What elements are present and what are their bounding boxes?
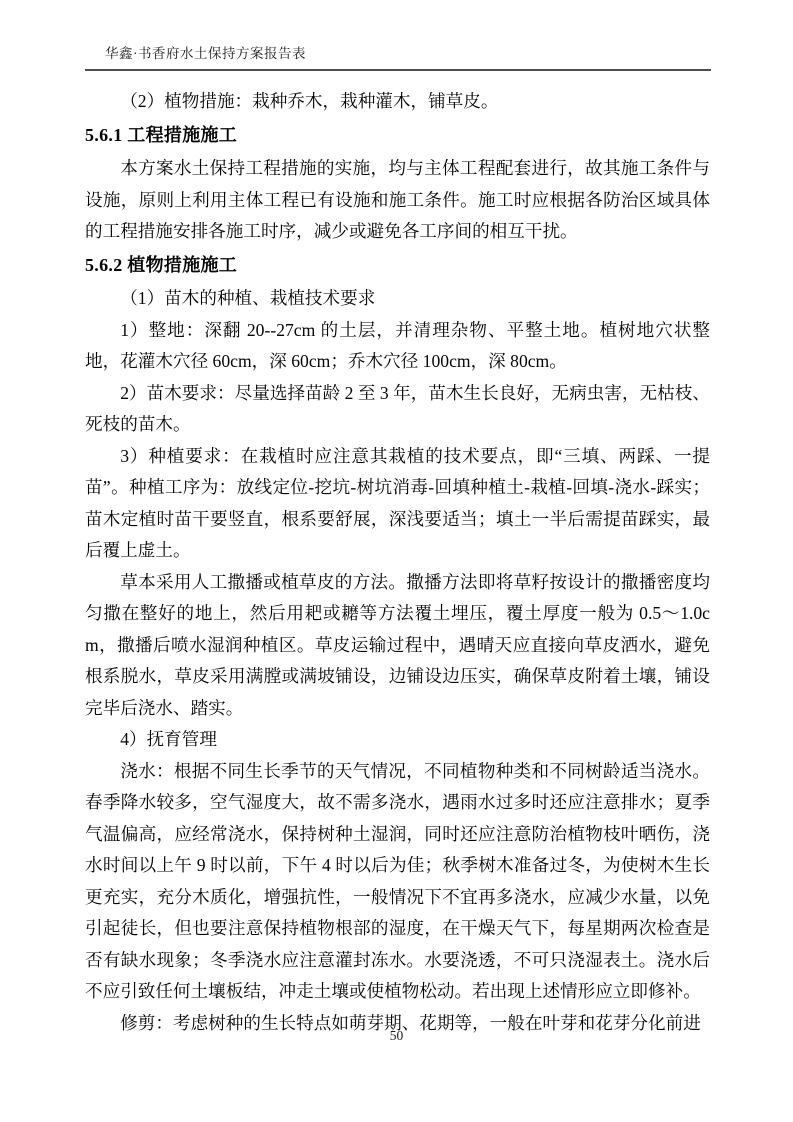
para-grass-sowing: 草本采用人工撒播或植草皮的方法。撒播方法即将草籽按设计的撒播密度均匀撒在整好的地… xyxy=(85,567,710,725)
para-watering: 浇水：根据不同生长季节的天气情况，不同植物种类和不同树龄适当浇水。春季降水较多，… xyxy=(85,756,710,1008)
document-page: 华鑫·书香府水土保持方案报告表 （2）植物措施：栽种乔木，栽种灌木，铺草皮。5.… xyxy=(0,0,793,1122)
para-land-preparation: 1）整地：深翻 20--27cm 的土层，并清理杂物、平整土地。植树地穴状整地，… xyxy=(85,315,710,378)
para-tending-management-title: 4）抚育管理 xyxy=(85,724,710,756)
page-footer: 50 xyxy=(0,1028,793,1044)
heading-5-6-1: 5.6.1 工程措施施工 xyxy=(85,120,710,152)
para-plant-measures-intro: （2）植物措施：栽种乔木，栽种灌木，铺草皮。 xyxy=(85,86,710,118)
page-number: 50 xyxy=(390,1028,404,1043)
header-title: 华鑫·书香府水土保持方案报告表 xyxy=(85,46,711,62)
document-body: （2）植物措施：栽种乔木，栽种灌木，铺草皮。5.6.1 工程措施施工本方案水土保… xyxy=(85,86,710,1039)
heading-5-6-2: 5.6.2 植物措施施工 xyxy=(85,250,710,282)
para-seedling-quality: 2）苗木要求：尽量选择苗龄 2 至 3 年，苗木生长良好，无病虫害，无枯枝、死枝… xyxy=(85,378,710,441)
page-header: 华鑫·书香府水土保持方案报告表 xyxy=(85,46,711,71)
para-engineering-construction: 本方案水土保持工程措施的实施，均与主体工程配套进行，故其施工条件与设施，原则上利… xyxy=(85,153,710,248)
para-planting-requirements: 3）种植要求：在栽植时应注意其栽植的技术要点，即“三填、两踩、一提苗”。种植工序… xyxy=(85,441,710,567)
para-seedling-requirements-title: （1）苗木的种植、栽植技术要求 xyxy=(85,283,710,315)
